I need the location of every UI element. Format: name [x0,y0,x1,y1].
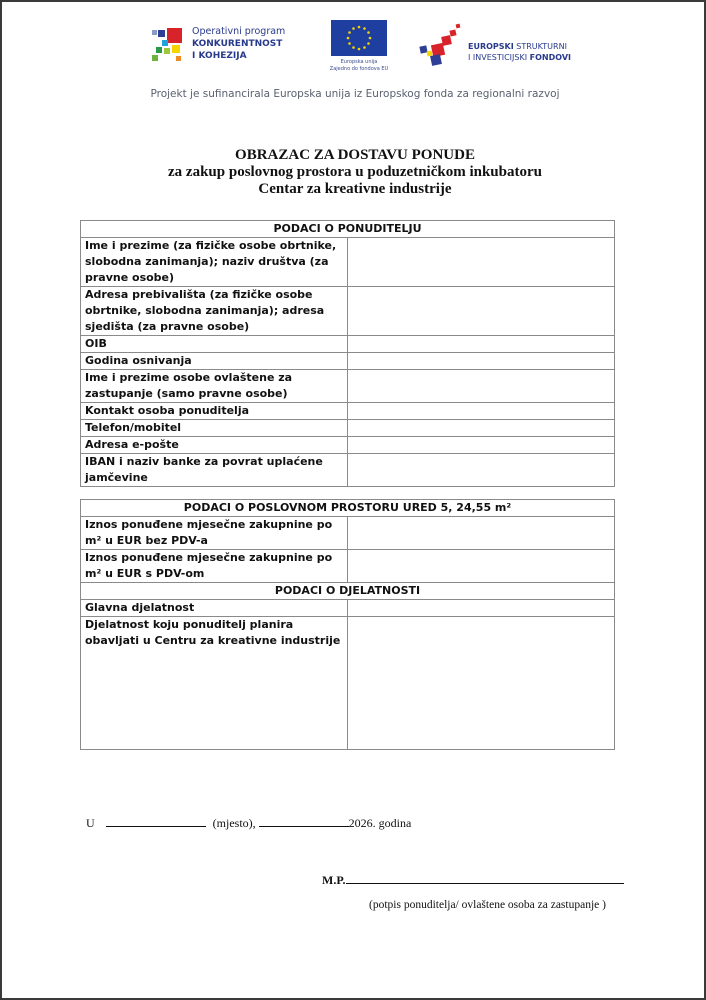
opk-line3: I KOHEZIJA [192,50,285,62]
logo-esi-fondovi: EUROPSKI STRUKTURNI I INVESTICIJSKI FOND… [418,24,578,74]
table-row: Iznos ponuđene mjesečne zakupnine po m² … [81,550,615,583]
table-row: Ime i prezime (za fizičke osobe obrtnike… [81,238,615,287]
table-row: Kontakt osoba ponuditelja [81,403,615,420]
field-label: IBAN i naziv banke za povrat uplaćene ja… [81,454,348,487]
bidder-address-field[interactable] [348,287,615,336]
stamp-signature-line: M.P. [322,872,624,888]
field-label: Adresa e-pošte [81,437,348,454]
field-label: Godina osnivanja [81,353,348,370]
logo-eu: Europska unija Zajedno do fondova EU [328,20,390,82]
bidder-data-table: PODACI O PONUDITELJU Ime i prezime (za f… [80,220,615,487]
date-blank[interactable] [259,815,349,827]
table-row: Adresa e-pošte [81,437,615,454]
oib-field[interactable] [348,336,615,353]
opk-line2: KONKURENTNOST [192,38,285,50]
field-label: Iznos ponuđene mjesečne zakupnine po m² … [81,550,348,583]
section-header-activity: PODACI O DJELATNOSTI [81,583,615,600]
signature-note: (potpis ponuditelja/ ovlaštene osoba za … [369,899,606,911]
email-field[interactable] [348,437,615,454]
table-row: Ime i prezime osobe ovlaštene za zastupa… [81,370,615,403]
phone-field[interactable] [348,420,615,437]
opk-line1: Operativni program [192,26,285,38]
place-blank[interactable] [106,815,206,827]
table-row: Glavna djelatnost [81,600,615,617]
field-label: Telefon/mobitel [81,420,348,437]
header-logos: Operativni program KONKURENTNOST I KOHEZ… [150,18,580,84]
section-header-bidder: PODACI O PONUDITELJU [81,221,615,238]
esi-squares-icon [418,24,462,68]
table-row: IBAN i naziv banke za povrat uplaćene ja… [81,454,615,487]
authorized-person-field[interactable] [348,370,615,403]
planned-activity-field[interactable] [348,617,615,750]
iban-field[interactable] [348,454,615,487]
rent-with-vat-field[interactable] [348,550,615,583]
table-row: Adresa prebivališta (za fizičke osobe ob… [81,287,615,336]
rent-without-vat-field[interactable] [348,517,615,550]
signature-blank[interactable] [346,872,624,884]
table-row: OIB [81,336,615,353]
table-row: Iznos ponuđene mjesečne zakupnine po m² … [81,517,615,550]
title-line-1: OBRAZAC ZA DOSTAVU PONUDE [2,147,706,164]
field-label: Ime i prezime (za fizičke osobe obrtnike… [81,238,348,287]
logo-operativni-program: Operativni program KONKURENTNOST I KOHEZ… [150,24,300,74]
opk-squares-icon [152,28,184,62]
eu-caption: Europska unija Zajedno do fondova EU [328,59,390,73]
cofinancing-note: Projekt je sufinancirala Europska unija … [2,88,706,100]
field-label: Kontakt osoba ponuditelja [81,403,348,420]
field-label: OIB [81,336,348,353]
title-line-2: za zakup poslovnog prostora u poduzetnič… [2,164,706,181]
founding-year-field[interactable] [348,353,615,370]
contact-person-field[interactable] [348,403,615,420]
field-label: Ime i prezime osobe ovlaštene za zastupa… [81,370,348,403]
table-row: Godina osnivanja [81,353,615,370]
premises-data-table: PODACI O POSLOVNOM PROSTORU URED 5, 24,5… [80,499,615,750]
field-label: Adresa prebivališta (za fizičke osobe ob… [81,287,348,336]
place-date-line: U (mjesto),2026. godina [86,815,411,831]
section-header-premises: PODACI O POSLOVNOM PROSTORU URED 5, 24,5… [81,500,615,517]
field-label: Glavna djelatnost [81,600,348,617]
bidder-name-field[interactable] [348,238,615,287]
document-page: Operativni program KONKURENTNOST I KOHEZ… [0,0,706,1000]
field-label: Iznos ponuđene mjesečne zakupnine po m² … [81,517,348,550]
field-label: Djelatnost koju ponuditelj planira obavl… [81,617,348,750]
table-row: Telefon/mobitel [81,420,615,437]
form-title: OBRAZAC ZA DOSTAVU PONUDE za zakup poslo… [2,147,706,198]
table-row: Djelatnost koju ponuditelj planira obavl… [81,617,615,750]
main-activity-field[interactable] [348,600,615,617]
title-line-3: Centar za kreativne industrije [2,181,706,198]
eu-flag-icon [331,20,387,56]
